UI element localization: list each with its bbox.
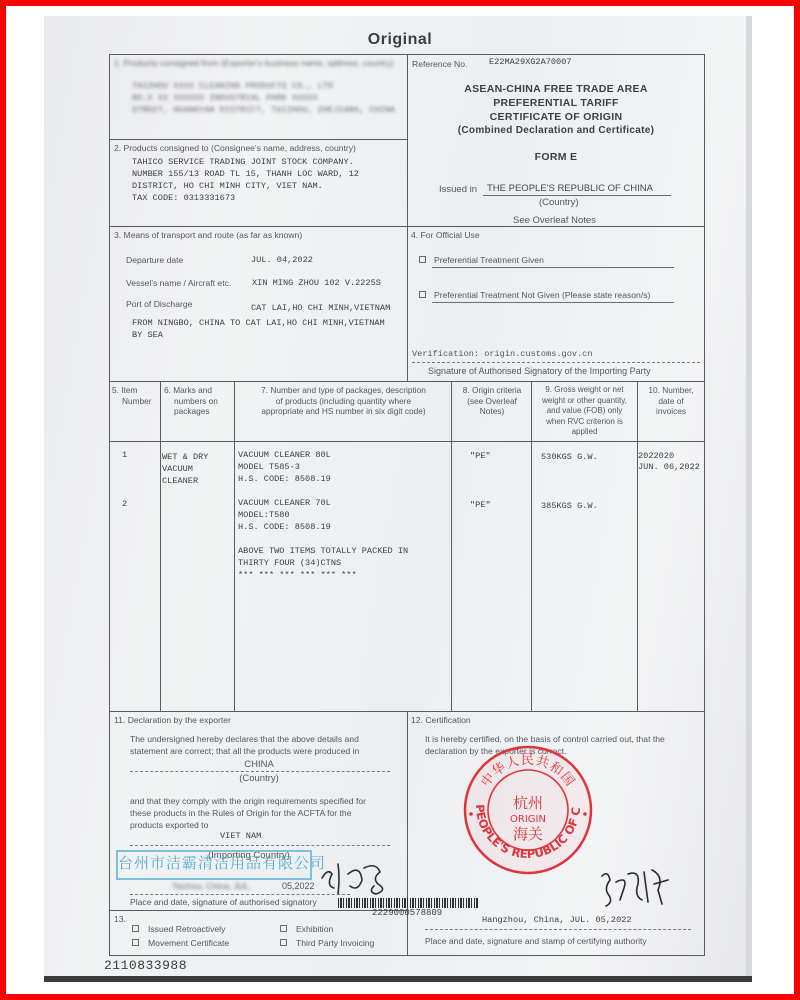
exporter-signature-caption: Place and date, signature of authorised … — [130, 897, 317, 907]
declaration-place-redacted: Taizhou, China, JUL. — [172, 881, 251, 891]
official-use-label: 4. For Official Use — [411, 230, 480, 240]
invoice-number: 2022020 — [638, 451, 674, 462]
box13-label: 13. — [114, 914, 126, 924]
underline — [432, 302, 674, 303]
transport-label: 3. Means of transport and route (as far … — [114, 230, 302, 240]
dashed-line — [130, 771, 390, 772]
header-line: when RVC criterion is — [532, 417, 637, 428]
declaration-date: 05,2022 — [282, 881, 315, 891]
serial-number: 2110833988 — [104, 958, 187, 973]
header-line: 6. Marks and — [164, 385, 234, 396]
header-line: Number — [112, 396, 160, 407]
declaration-text: statement are correct; that all the prod… — [130, 746, 359, 756]
title-line: ASEAN-CHINA FREE TRADE AREA — [408, 83, 704, 95]
grid-line — [109, 910, 407, 911]
header-marks: 6. Marks and numbers on packages — [162, 385, 234, 417]
preferential-not-given-checkbox[interactable] — [419, 291, 426, 298]
header-invoice: 10. Number, date of invoices — [638, 385, 704, 417]
title-line: (Combined Declaration and Certificate) — [408, 125, 704, 136]
grid-line — [109, 226, 705, 227]
exhibition-checkbox[interactable] — [280, 925, 287, 932]
grid-line — [109, 381, 705, 382]
origin-criteria: "PE" — [470, 500, 491, 511]
marks-line: CLEANER — [162, 476, 198, 487]
declaration-label: 11. Declaration by the exporter — [114, 715, 231, 725]
packing-note: ABOVE TWO ITEMS TOTALLY PACKED IN — [238, 546, 408, 557]
reference-label: Reference No. — [412, 59, 467, 69]
header-line: date of — [638, 396, 704, 407]
port-label: Port of Discharge — [126, 299, 192, 309]
form-type: FORM E — [408, 151, 704, 163]
grid-line — [109, 955, 705, 956]
certification-text: It is hereby certified, on the basis of … — [425, 734, 665, 744]
marks-line: WET & DRY — [162, 452, 208, 463]
exhibition-label: Exhibition — [296, 924, 333, 934]
description-line: H.S. CODE: 8508.19 — [238, 474, 331, 485]
grid-line — [109, 441, 705, 442]
header-line: invoices — [638, 406, 704, 417]
company-stamp-text: 台州市洁霸清洁用品有限公司 — [118, 852, 326, 873]
packing-note: *** *** *** *** *** *** — [238, 570, 357, 581]
declaration-text: products exported to — [130, 820, 208, 830]
consignee-line: TAHICO SERVICE TRADING JOINT STOCK COMPA… — [132, 157, 354, 168]
marks-line: VACUUM — [162, 464, 193, 475]
header-item-number: 5. Item Number — [112, 385, 160, 406]
description-line: H.S. CODE: 8508.19 — [238, 522, 331, 533]
barcode — [338, 898, 478, 908]
barcode-number: 2229000578809 — [372, 908, 442, 919]
exporter-signature-icon — [318, 856, 398, 898]
header-line: Notes) — [452, 406, 532, 417]
title-line: PREFERENTIAL TARIFF — [408, 97, 704, 109]
header-description: 7. Number and type of packages, descript… — [236, 385, 451, 417]
header-line: 8. Origin criteria — [452, 385, 532, 396]
dashed-line — [130, 894, 350, 895]
header-line: packages — [164, 406, 234, 417]
grid-line — [109, 54, 110, 955]
route-line: BY SEA — [132, 330, 163, 341]
item-number: 1 — [122, 450, 127, 461]
exporter-line: STREET, HUANGYAN DISTRICT, TAIZHOU, ZHEJ… — [132, 105, 395, 116]
exporter-label: 1. Products consigned from (Exporter's b… — [114, 58, 394, 68]
issued-retroactively-label: Issued Retroactively — [148, 924, 225, 934]
exporter-line: NO.X XX XXXXXX INDUSTRIAL PARK XXXXX — [132, 93, 318, 104]
dashed-line — [425, 929, 691, 930]
grid-line — [451, 381, 452, 711]
movement-certificate-checkbox[interactable] — [132, 939, 139, 946]
country-caption: (Country) — [539, 197, 579, 208]
third-party-invoicing-label: Third Party Invoicing — [296, 938, 374, 948]
header-line: weight or other quantity, — [532, 396, 637, 407]
preferential-given-label: Preferential Treatment Given — [434, 255, 544, 265]
vessel-name: XIN MING ZHOU 102 V.2225S — [252, 278, 381, 289]
header-line: numbers on — [164, 396, 234, 407]
produced-in-country: CHINA — [110, 759, 408, 770]
header-weight: 9. Gross weight or net weight or other q… — [532, 385, 637, 438]
reference-number: E22MA29XG2A70007 — [489, 57, 572, 68]
stamp-city: 杭州 — [513, 794, 543, 812]
packing-note: THIRTY FOUR (34)CTNS — [238, 558, 341, 569]
paper-shadow — [44, 976, 752, 982]
customs-stamp-icon: 中华人民共和国 THE PEOPLE'S REPUBLIC OF CHINA 杭… — [462, 744, 594, 876]
header-line: 5. Item — [112, 385, 160, 396]
dashed-line — [412, 362, 700, 363]
declaration-text: and that they comply with the origin req… — [130, 796, 366, 806]
description-line: MODEL T585-3 — [238, 462, 300, 473]
header-origin: 8. Origin criteria (see Overleaf Notes) — [452, 385, 532, 417]
stamp-origin: ORIGIN — [510, 814, 546, 825]
issued-in-label: Issued in — [439, 184, 477, 195]
consignee-label: 2. Products consigned to (Consignee's na… — [114, 143, 356, 153]
header-line: appropriate and HS number in six digit c… — [236, 406, 451, 417]
vessel-label: Vessel's name / Aircraft etc. — [126, 278, 231, 288]
header-line: of products (including quantity where — [236, 396, 451, 407]
header-line: (see Overleaf — [452, 396, 532, 407]
grid-line — [637, 381, 638, 711]
grid-line — [234, 381, 235, 711]
exporter-line: TAIZHOU XXXX CLEANING PRODUCTS CO., LTD — [132, 81, 333, 92]
document-heading: Original — [0, 31, 800, 49]
certifier-signature-icon — [598, 866, 672, 908]
invoice-date: JUN. 06,2022 — [638, 462, 700, 473]
verification-url: Verification: origin.customs.gov.cn — [412, 349, 593, 360]
header-line: 9. Gross weight or net — [532, 385, 637, 396]
dashed-line — [130, 845, 390, 846]
origin-criteria: "PE" — [470, 451, 491, 462]
movement-certificate-label: Movement Certificate — [148, 938, 229, 948]
certifier-signature-caption: Place and date, signature and stamp of c… — [425, 936, 647, 946]
description-line: MODEL:T580 — [238, 510, 290, 521]
importing-signature-caption: Signature of Authorised Signatory of the… — [428, 366, 651, 376]
gross-weight: 530KGS G.W. — [541, 452, 598, 463]
underline — [432, 267, 674, 268]
departure-date: JUL. 04,2022 — [251, 255, 313, 266]
issued-in-country: THE PEOPLE'S REPUBLIC OF CHINA — [487, 183, 653, 194]
route-line: FROM NINGBO, CHINA TO CAT LAI,HO CHI MIN… — [132, 318, 385, 329]
paper-edge — [746, 16, 752, 982]
issued-retroactively-checkbox[interactable] — [132, 925, 139, 932]
overleaf-notes: See Overleaf Notes — [513, 215, 596, 226]
header-line: applied — [532, 427, 637, 438]
title-line: CERTIFICATE OF ORIGIN — [408, 111, 704, 123]
grid-line — [160, 381, 161, 711]
certification-label: 12. Certification — [411, 715, 471, 725]
header-line: 7. Number and type of packages, descript… — [236, 385, 451, 396]
preferential-not-given-label: Preferential Treatment Not Given (Please… — [434, 290, 650, 300]
preferential-given-checkbox[interactable] — [419, 256, 426, 263]
description-line: VACUUM CLEANER 80L — [238, 450, 331, 461]
underline — [483, 195, 671, 196]
consignee-line: NUMBER 155/13 ROAD TL 15, THANH LOC WARD… — [132, 169, 359, 180]
declaration-text: The undersigned hereby declares that the… — [130, 734, 359, 744]
certification-place-date: Hangzhou, China, JUL. 05,2022 — [482, 915, 632, 926]
declaration-text: these products in the Rules of Origin fo… — [130, 808, 351, 818]
consignee-line: DISTRICT, HO CHI MINH CITY, VIET NAM. — [132, 181, 323, 192]
country-caption: (Country) — [110, 773, 408, 784]
item-number: 2 — [122, 499, 127, 510]
grid-line — [704, 54, 705, 955]
stamp-customs: 海关 — [513, 825, 543, 843]
port-of-discharge: CAT LAI,HO CHI MINH,VIETNAM — [251, 303, 390, 314]
departure-label: Departure date — [126, 255, 183, 265]
gross-weight: 385KGS G.W. — [541, 501, 598, 512]
description-line: VACUUM CLEANER 70L — [238, 498, 331, 509]
consignee-line: TAX CODE: 0313331673 — [132, 193, 235, 204]
third-party-invoicing-checkbox[interactable] — [280, 939, 287, 946]
header-line: 10. Number, — [638, 385, 704, 396]
exported-to-country: VIET NAM — [220, 831, 261, 842]
header-line: and value (FOB) only — [532, 406, 637, 417]
grid-line — [109, 139, 407, 140]
